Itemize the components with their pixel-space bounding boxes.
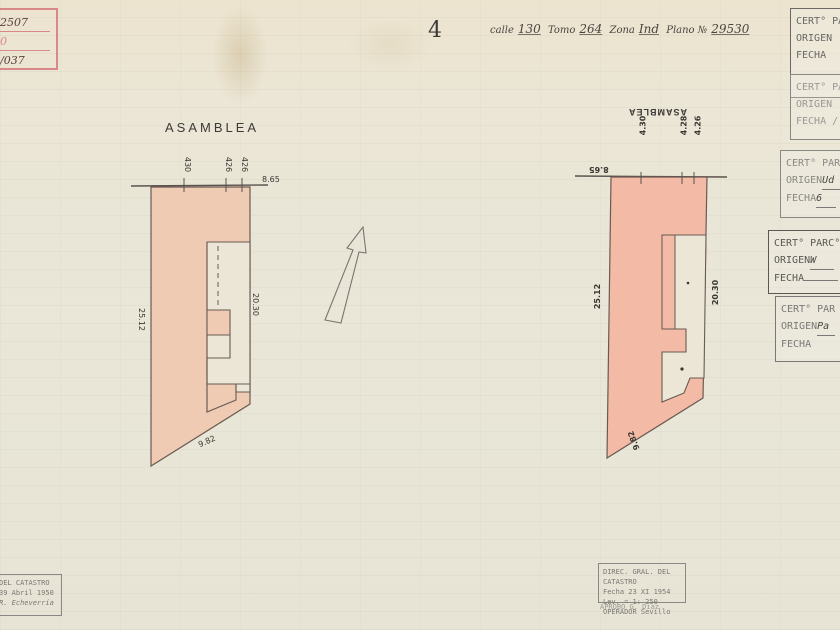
left-dim-front-2: 426 — [224, 157, 233, 172]
cert-stamp-4-handwritten: W — [810, 252, 834, 270]
cert-stamp-3: CERT° PARC° ORIGENUd FECHA6 — [780, 150, 840, 218]
left-dim-frontage-total: 8.65 — [262, 175, 280, 184]
cert-stamp-5-handwritten: Pa — [817, 318, 835, 336]
cert-stamp-3-line-3: FECHA — [786, 193, 816, 204]
north-arrow-icon — [325, 227, 366, 323]
left-dim-right-side: 20.30 — [251, 293, 260, 316]
bottom-left-stamp-line-3: R. Echeverría — [0, 598, 57, 608]
cert-stamp-4: CERT° PARC° ORIGENW FECHA — [768, 230, 840, 294]
cert-stamp-5: CERT° PAR ORIGENPa FECHA — [775, 296, 840, 362]
cert-stamp-3-handwritten: Ud — [822, 172, 840, 190]
cert-stamp-4-line-3: FECHA — [774, 273, 804, 284]
cert-stamp-2-line-2: ORIGEN — [796, 96, 840, 113]
cert-stamp-1-line-1: CERT° PARC — [796, 13, 840, 30]
bottom-left-stamp-line-2: 39 Abril 1950 — [0, 588, 57, 598]
right-dim-frontage-start: 8.65 — [589, 165, 609, 174]
cert-stamp-3-line-2: ORIGEN — [786, 175, 822, 186]
cert-stamp-2-line-3: FECHA / — [796, 113, 840, 130]
cert-stamp-4-blank — [804, 280, 838, 281]
cert-stamp-5-line-3: FECHA — [781, 336, 840, 353]
bottom-right-stamp-line-1: DIREC. GRAL. DEL CATASTRO — [603, 567, 681, 587]
cert-stamp-5-line-2: ORIGEN — [781, 321, 817, 332]
cert-stamp-3-date: 6 — [816, 190, 836, 208]
cert-stamp-5-line-1: CERT° PAR — [781, 301, 840, 318]
cert-stamp-2: CERT° PARC ORIGEN FECHA / — [790, 74, 840, 140]
cert-stamp-3-line-1: CERT° PARC° — [786, 155, 840, 172]
right-dim-right-side: 20.30 — [711, 280, 720, 305]
right-dim-front-2: 4.28 — [679, 116, 688, 136]
right-dim-front-1: 4.30 — [638, 116, 647, 136]
plan-left — [131, 178, 268, 466]
bottom-left-stamp: DEL CATASTRO 39 Abril 1950 R. Echeverría — [0, 574, 62, 616]
cert-stamp-4-line-2: ORIGEN — [774, 255, 810, 266]
plan-drawings — [0, 0, 840, 630]
cert-stamp-1-line-3: FECHA — [796, 47, 840, 64]
right-dim-front-3: 4.26 — [693, 116, 702, 136]
bottom-right-stamp-line-4: APROBO G. Diaz — [600, 603, 659, 611]
left-dim-front-1: 430 — [183, 157, 192, 172]
bottom-left-stamp-line-1: DEL CATASTRO — [0, 578, 57, 588]
cert-stamp-4-line-1: CERT° PARC° — [774, 235, 840, 252]
left-dim-left-side: 25.12 — [137, 308, 146, 331]
left-dim-front-3: 426 — [240, 157, 249, 172]
plan-right — [575, 172, 727, 458]
bottom-right-stamp: DIREC. GRAL. DEL CATASTRO Fecha 23 XI 19… — [598, 563, 686, 603]
cert-stamp-2-line-1: CERT° PARC — [796, 79, 840, 96]
right-dim-left-side: 25.12 — [593, 284, 602, 309]
cert-stamp-1-line-2: ORIGEN — [796, 30, 840, 47]
